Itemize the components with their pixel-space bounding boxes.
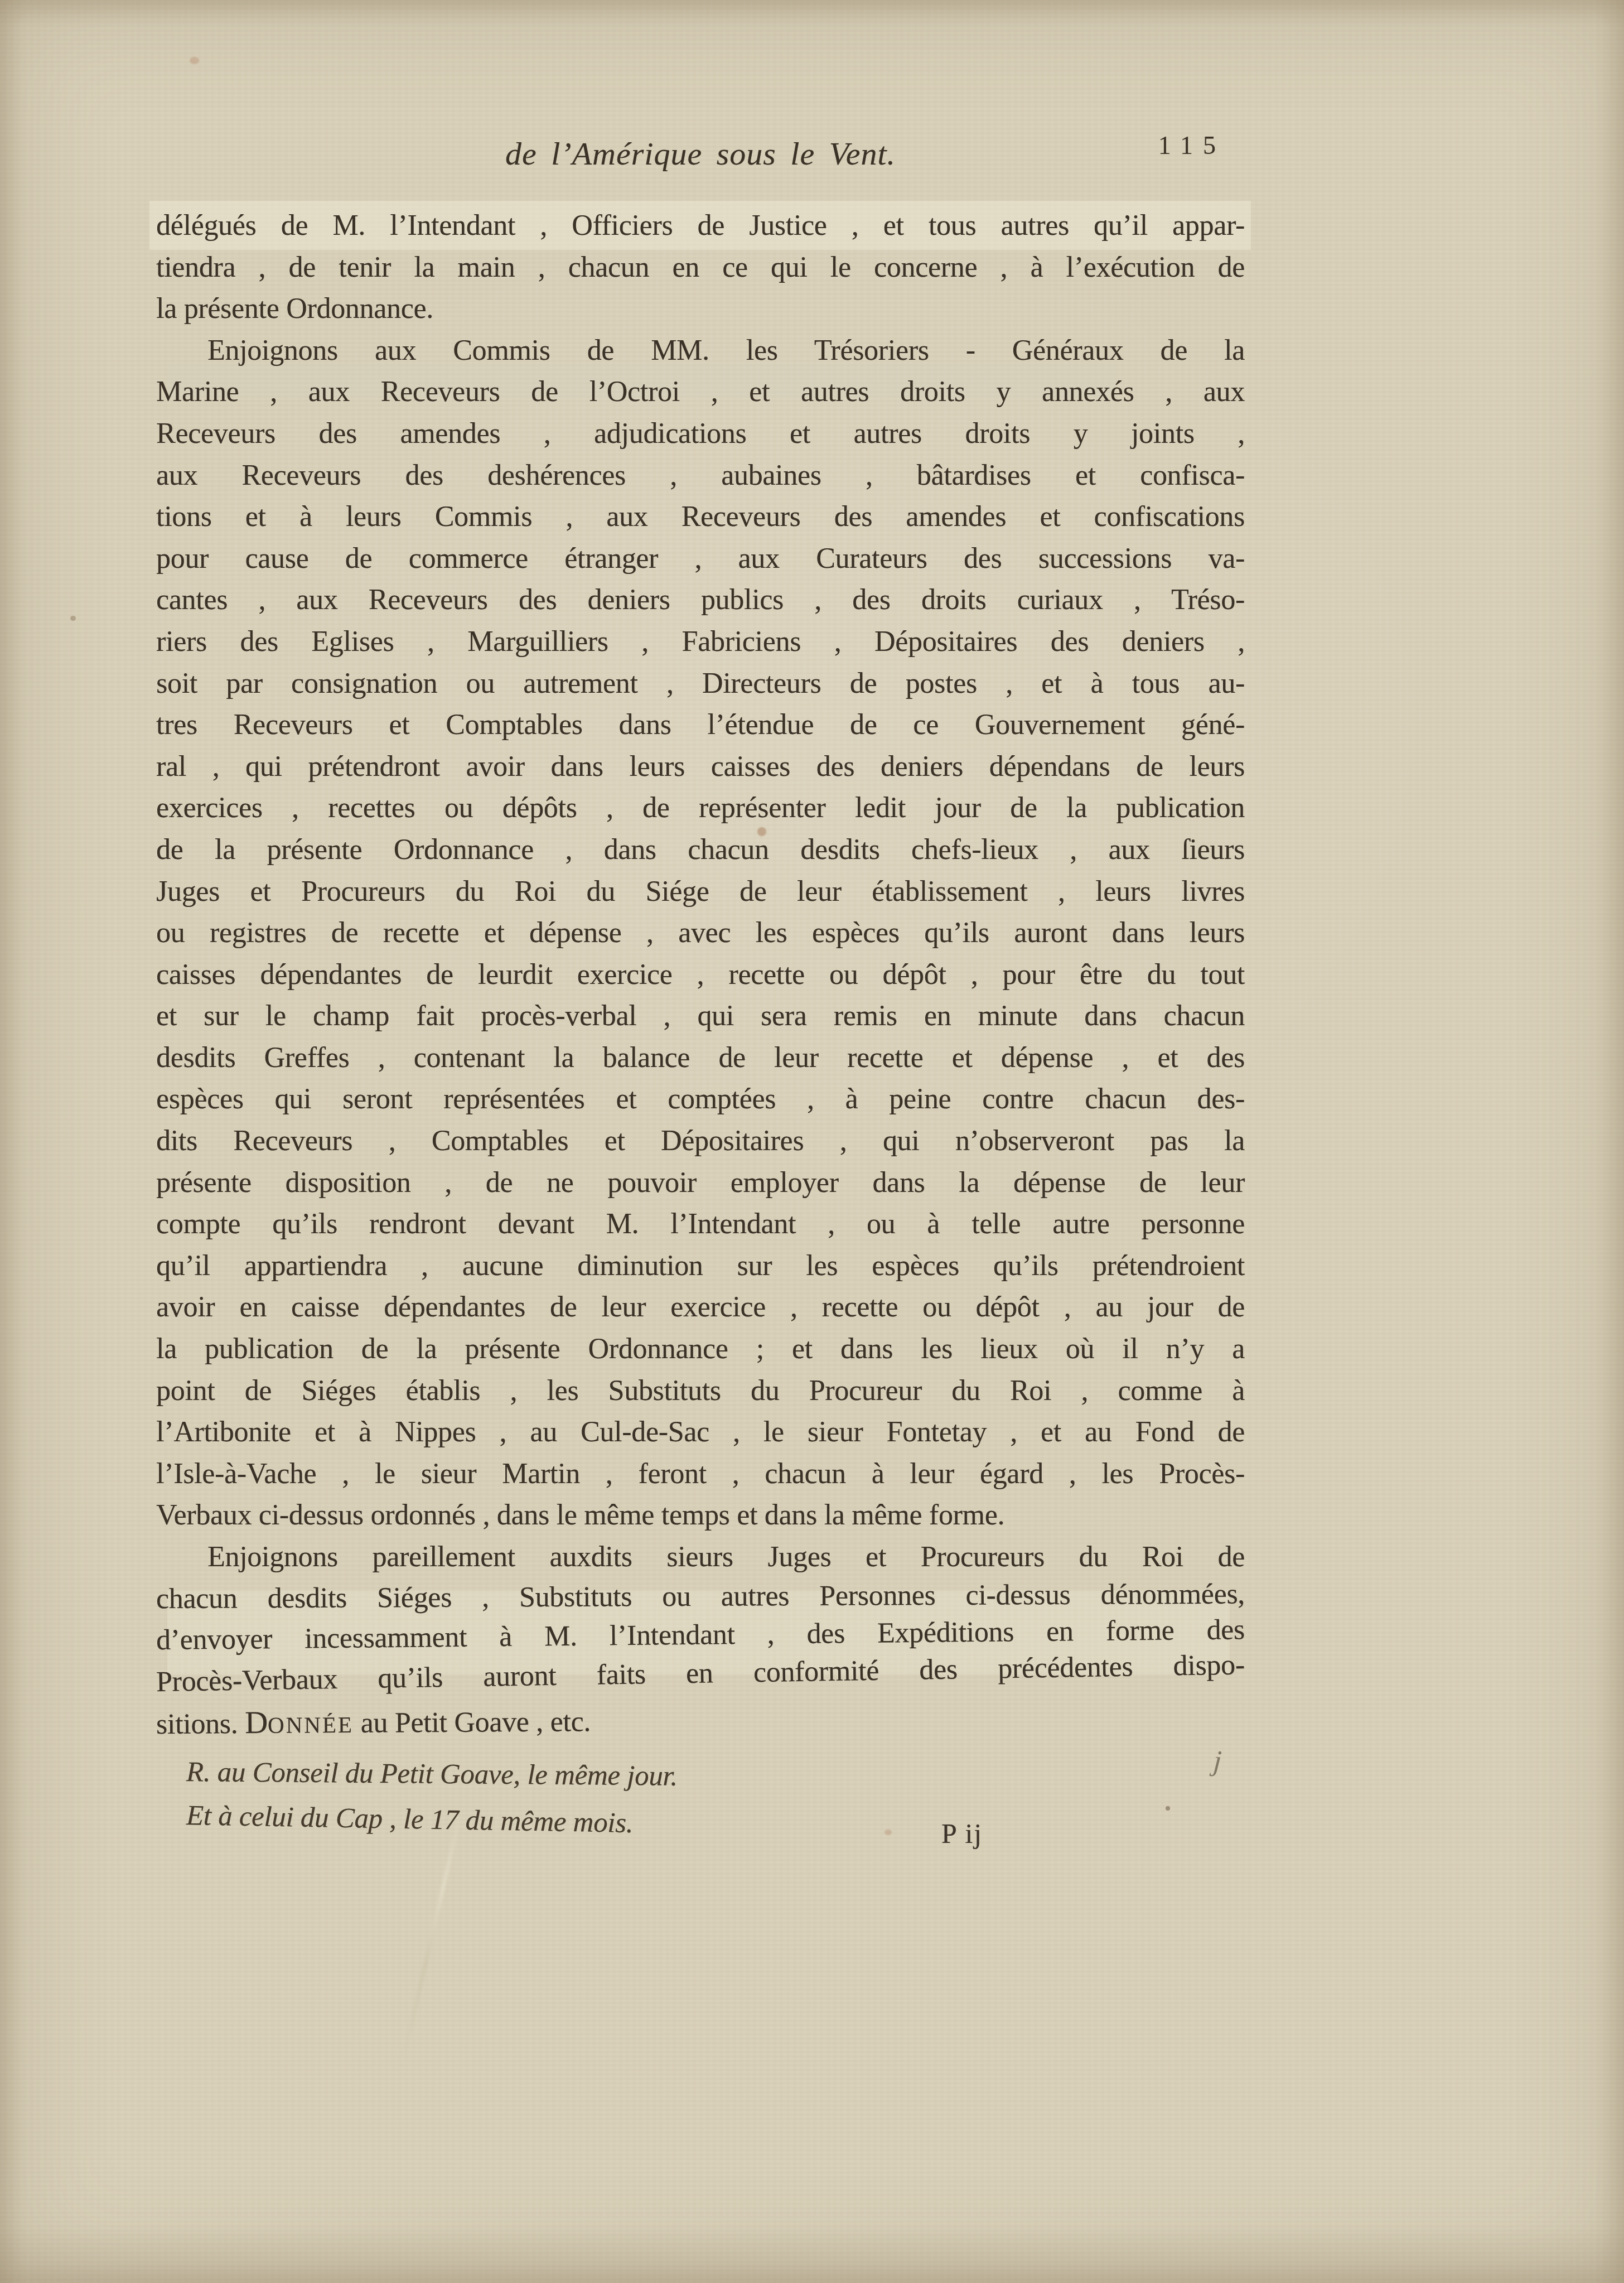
colophon: R. au Conseil du Petit Goave, le même jo…	[186, 1750, 1245, 1837]
page-header: de l’Amérique sous le Vent. 115	[156, 126, 1245, 187]
text-line: tiendra , de tenir la main , chacun en c…	[156, 247, 1245, 289]
text-line: Receveurs des amendes , adjudications et…	[156, 413, 1245, 455]
page-number: 115	[1158, 131, 1226, 160]
text-line: l’Isle-à-Vache , le sieur Martin , feron…	[156, 1454, 1245, 1495]
text-line: ral , qui prétendront avoir dans leurs c…	[156, 746, 1245, 788]
stain-speck	[70, 616, 76, 621]
colophon-line: R. au Conseil du Petit Goave, le même jo…	[186, 1750, 1245, 1803]
text-line: aux Receveurs des deshérences , aubaines…	[156, 455, 1245, 497]
donnee-initial: D	[245, 1705, 268, 1740]
text-line: dits Receveurs , Comptables et Dépositai…	[156, 1121, 1245, 1162]
text-line: tres Receveurs et Comptables dans l’éten…	[156, 704, 1245, 746]
text-line-donnee: sitions. DONNÉE au Petit Goave , etc.	[156, 1696, 1245, 1747]
text-line: ou registres de recette et dépense , ave…	[156, 913, 1245, 954]
text-line: délégués de M. l’Intendant , Officiers d…	[156, 205, 1245, 247]
text-line: tions et à leurs Commis , aux Receveurs …	[156, 496, 1245, 538]
scanned-book-page: de l’Amérique sous le Vent. 115 délégués…	[0, 0, 1624, 2283]
signature-mark: P ij	[941, 1817, 983, 1850]
text-line: pour cause de commerce étranger , aux Cu…	[156, 538, 1245, 580]
text-line: l’Artibonite et à Nippes , au Cul-de-Sac…	[156, 1412, 1245, 1454]
text-line: de la présente Ordonnance , dans chacun …	[156, 829, 1245, 871]
text-line: caisses dépendantes de leurdit exercice …	[156, 954, 1245, 996]
text-block: délégués de M. l’Intendant , Officiers d…	[156, 205, 1245, 1837]
text-line: exercices , recettes ou dépôts , de repr…	[156, 788, 1245, 829]
text-line: présente disposition , de ne pouvoir emp…	[156, 1162, 1245, 1204]
text-line: espèces qui seront représentées et compt…	[156, 1079, 1245, 1121]
paragraph-continuation: délégués de M. l’Intendant , Officiers d…	[156, 205, 1245, 330]
paper-crease	[400, 1810, 463, 2067]
donnee-smallcaps: ONNÉE	[268, 1712, 354, 1738]
paragraph-enjoignons-pareillement: Enjoignons pareillement auxdits sieurs J…	[156, 1537, 1245, 1703]
text-line: point de Siéges établis , les Substituts…	[156, 1370, 1245, 1412]
text-line: desdits Greffes , contenant la balance d…	[156, 1037, 1245, 1079]
text-line: la présente Ordonnance.	[156, 288, 1245, 330]
text-line: Juges et Procureurs du Roi du Siége de l…	[156, 871, 1245, 913]
colophon-line: Et à celui du Cap , le 17 du même mois.	[186, 1794, 1245, 1856]
text-line: Enjoignons aux Commis de MM. les Trésori…	[156, 330, 1245, 372]
text-line: compte qu’ils rendront devant M. l’Inten…	[156, 1204, 1245, 1246]
text-line: Marine , aux Receveurs de l’Octroi , et …	[156, 371, 1245, 413]
text-line: riers des Eglises , Marguilliers , Fabri…	[156, 621, 1245, 663]
text-line: Verbaux ci-dessus ordonnés , dans le mêm…	[156, 1495, 1245, 1537]
text-line: soit par consignation ou autrement , Dir…	[156, 663, 1245, 705]
running-title: de l’Amérique sous le Vent.	[156, 126, 1245, 182]
donnee-post: au Petit Goave , etc.	[354, 1706, 591, 1740]
stain-speck	[190, 57, 199, 64]
text-line: cantes , aux Receveurs des deniers publi…	[156, 580, 1245, 621]
text-line: qu’il appartiendra , aucune diminution s…	[156, 1246, 1245, 1287]
text-line: la publication de la présente Ordonnance…	[156, 1329, 1245, 1370]
text-line: avoir en caisse dépendantes de leur exer…	[156, 1287, 1245, 1329]
paragraph-enjoignons-commis: Enjoignons aux Commis de MM. les Trésori…	[156, 330, 1245, 1537]
text-line: et sur le champ fait procès-verbal , qui…	[156, 996, 1245, 1037]
text-line: Enjoignons pareillement auxdits sieurs J…	[156, 1537, 1245, 1579]
donnee-pre: sitions.	[156, 1708, 245, 1740]
